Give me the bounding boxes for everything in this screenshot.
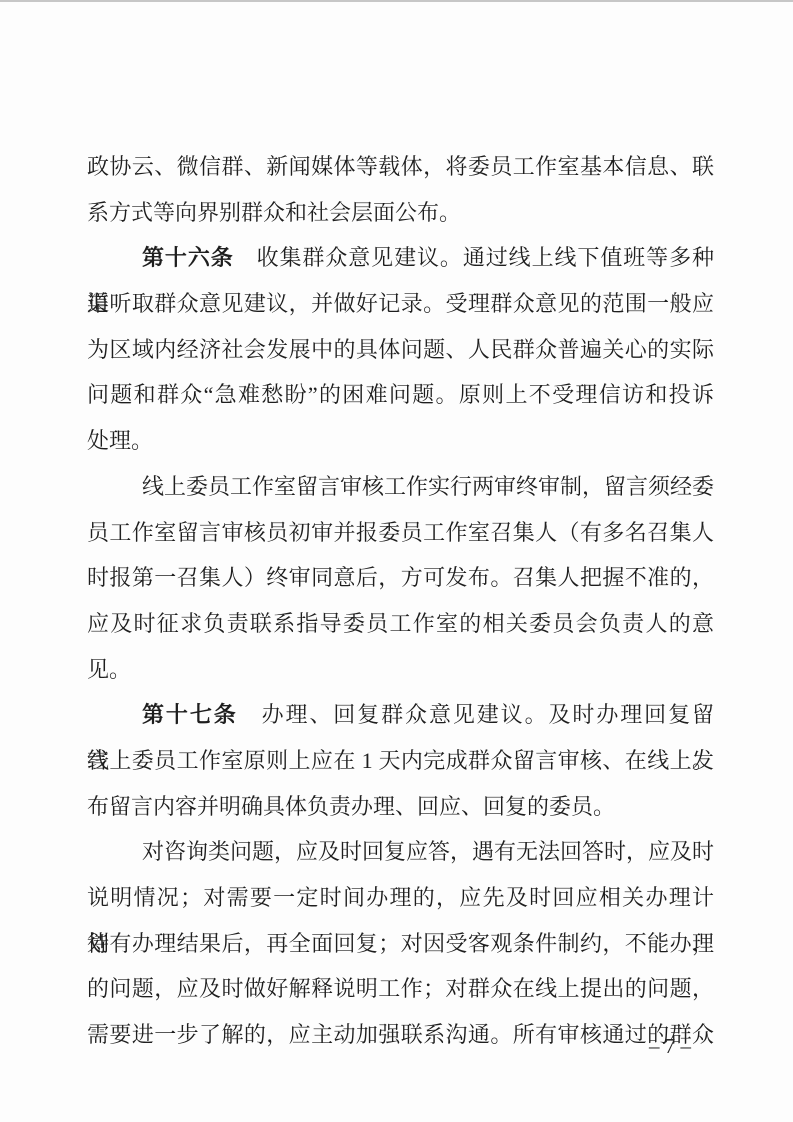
- text-line: 问题和群众“急难愁盼”的困难问题。原则上不受理信访和投诉: [87, 372, 714, 418]
- article-17-label: 第十七条: [142, 702, 238, 727]
- text-line: 第十七条 办理、回复群众意见建议。及时办理回复留言。: [87, 692, 714, 738]
- text-line: 的问题，应及时做好解释说明工作；对群众在线上提出的问题，: [87, 966, 714, 1012]
- text-line: 对咨询类问题，应及时回复应答，遇有无法回答时，应及时: [87, 829, 714, 875]
- text-line: 见。: [87, 647, 714, 693]
- scan-edge-artifact: [0, 0, 793, 2]
- page-number: – 7 –: [605, 1034, 735, 1059]
- text-line: 系方式等向界别群众和社会层面公布。: [87, 190, 714, 236]
- text-line: 线上委员工作室原则上应在 1 天内完成群众留言审核、在线上发: [87, 738, 714, 784]
- text-line: 员工作室留言审核员初审并报委员工作室召集人（有多名召集人: [87, 510, 714, 556]
- text-line: 线上委员工作室留言审核工作实行两审终审制，留言须经委: [87, 464, 714, 510]
- text-line: 时报第一召集人）终审同意后，方可发布。召集人把握不准的，: [87, 555, 714, 601]
- text-line: 处理。: [87, 418, 714, 464]
- text-line: 应及时征求负责联系指导委员工作室的相关委员会负责人的意: [87, 601, 714, 647]
- text-line: 政协云、微信群、新闻媒体等载体，将委员工作室基本信息、联: [87, 144, 714, 190]
- text-line: 说明情况；对需要一定时间办理的，应先及时回应相关办理计划，: [87, 875, 714, 921]
- document-page: 政协云、微信群、新闻媒体等载体，将委员工作室基本信息、联 系方式等向界别群众和社…: [0, 0, 793, 1122]
- text-line: 道听取群众意见建议，并做好记录。受理群众意见的范围一般应: [87, 281, 714, 327]
- text-line: 待有办理结果后，再全面回复；对因受客观条件制约，不能办理: [87, 921, 714, 967]
- article-16-label: 第十六条: [142, 245, 234, 270]
- text-line: 为区域内经济社会发展中的具体问题、人民群众普遍关心的实际: [87, 327, 714, 373]
- text-line: 布留言内容并明确具体负责办理、回应、回复的委员。: [87, 784, 714, 830]
- document-text-block: 政协云、微信群、新闻媒体等载体，将委员工作室基本信息、联 系方式等向界别群众和社…: [87, 144, 714, 1058]
- text-line: 第十六条 收集群众意见建议。通过线上线下值班等多种渠: [87, 235, 714, 281]
